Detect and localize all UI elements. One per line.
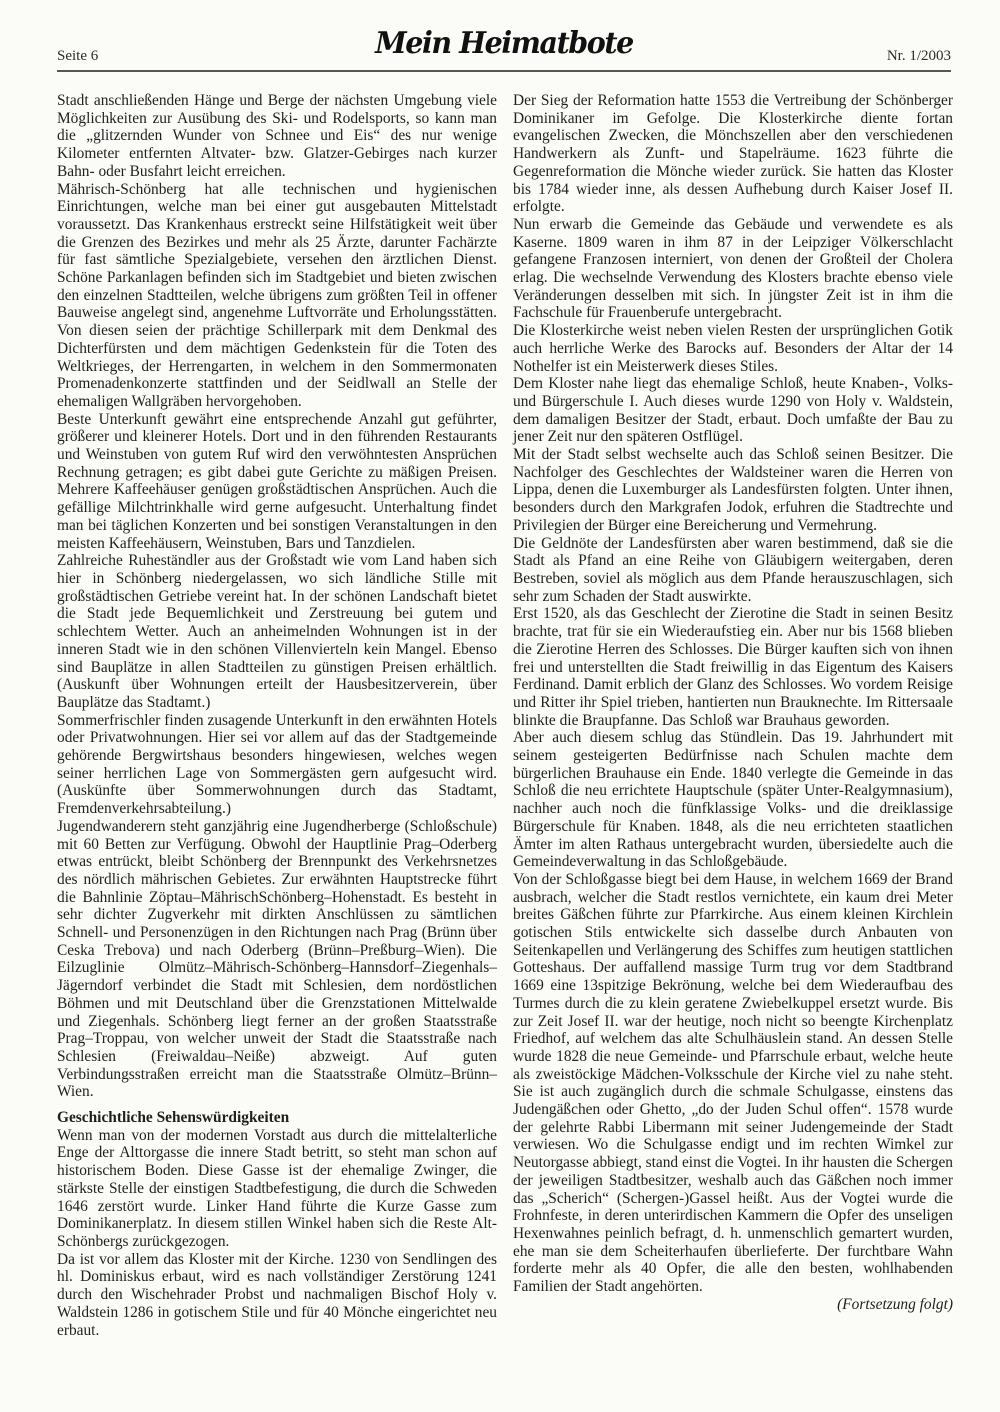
paragraph: Die Geldnöte der Landesfürsten aber ware… — [513, 535, 953, 606]
paragraph: Sommerfrischler finden zusagende Unterku… — [57, 712, 497, 818]
header-rule — [57, 70, 951, 72]
page-header: Seite 6 Mein Heimatbote Nr. 1/2003 — [57, 18, 951, 74]
left-column: Stadt anschließenden Hänge und Berge der… — [57, 92, 497, 1339]
section-heading: Geschichtliche Sehenswürdigkeiten — [57, 1109, 497, 1127]
issue-number: Nr. 1/2003 — [887, 48, 951, 65]
paragraph: Beste Unterkunft gewährt eine entspreche… — [57, 411, 497, 553]
right-column: Der Sieg der Reformation hatte 1553 die … — [513, 92, 953, 1314]
paragraph: Mit der Stadt selbst wechselte auch das … — [513, 446, 953, 535]
paragraph: Jugendwanderern steht ganzjährig eine Ju… — [57, 818, 497, 1101]
page-number: Seite 6 — [57, 48, 98, 65]
paragraph: Stadt anschließenden Hänge und Berge der… — [57, 92, 497, 181]
paragraph: Zahlreiche Ruheständler aus der Großstad… — [57, 552, 497, 711]
paragraph: Erst 1520, als das Geschlecht der Zierot… — [513, 605, 953, 729]
paragraph: Wenn man von der modernen Vorstadt aus d… — [57, 1127, 497, 1251]
paragraph: Von der Schloßgasse biegt bei dem Hause,… — [513, 871, 953, 1296]
paragraph: Dem Kloster nahe liegt das ehemalige Sch… — [513, 375, 953, 446]
masthead-logo: Mein Heimatbote — [375, 26, 633, 61]
paragraph: Aber auch diesem schlug das Stündlein. D… — [513, 729, 953, 871]
paragraph: Da ist vor allem das Kloster mit der Kir… — [57, 1251, 497, 1340]
paragraph: Nun erwarb die Gemeinde das Gebäude und … — [513, 216, 953, 322]
paragraph: Mährisch-Schönberg hat alle technischen … — [57, 181, 497, 411]
continuation-note: (Fortsetzung folgt) — [513, 1296, 953, 1314]
paragraph: Die Klosterkirche weist neben vielen Res… — [513, 322, 953, 375]
paragraph: Der Sieg der Reformation hatte 1553 die … — [513, 92, 953, 216]
